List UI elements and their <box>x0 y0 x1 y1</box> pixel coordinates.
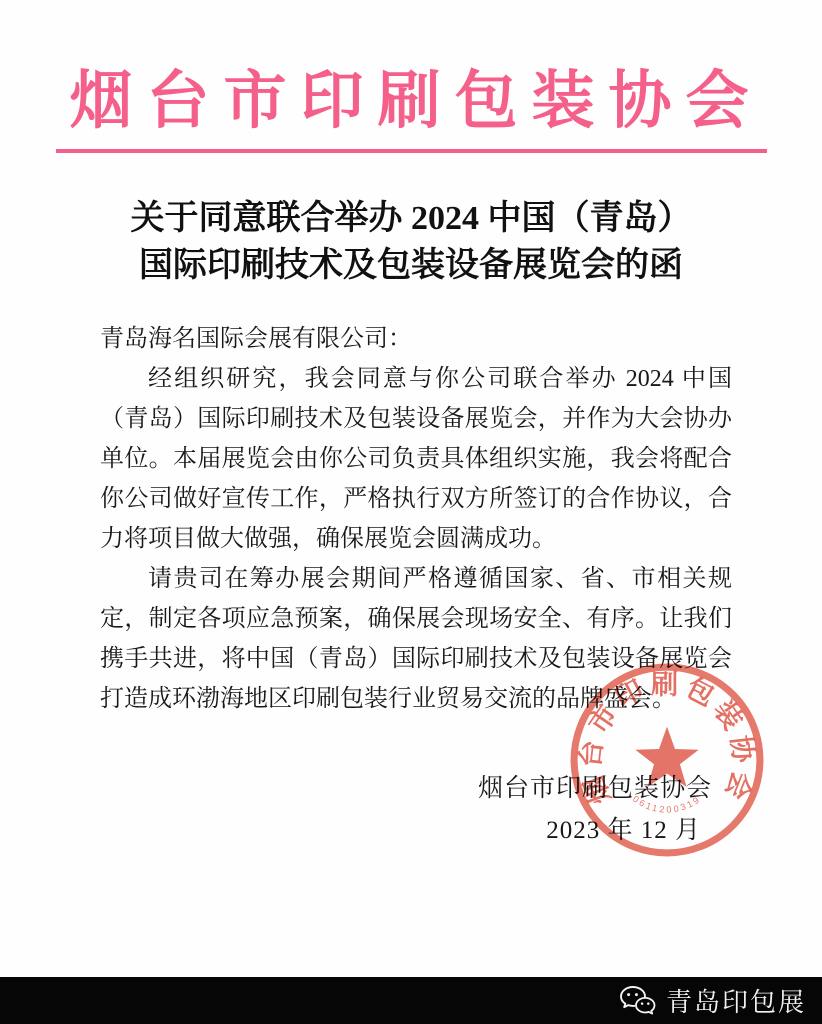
footer-brand-text: 青岛印包展 <box>666 982 806 1019</box>
wechat-icon <box>617 984 657 1018</box>
document-title-line2: 国际印刷技术及包装设备展览会的函 <box>0 242 822 289</box>
body-paragraph-2: 请贵司在筹办展会期间严格遵循国家、省、市相关规定，制定各项应急预案，确保展会现场… <box>100 559 732 719</box>
signature-org: 烟台市印刷包装协会 <box>478 768 712 804</box>
body-paragraph-1: 经组织研究，我会同意与你公司联合举办 2024 中国（青岛）国际印刷技术及包装设… <box>100 359 732 559</box>
signature-date: 2023 年 12 月 <box>546 810 701 846</box>
letter-body: 青岛海名国际会展有限公司： 经组织研究，我会同意与你公司联合举办 2024 中国… <box>100 319 732 719</box>
footer-brand: 青岛印包展 <box>617 977 806 1024</box>
salutation: 青岛海名国际会展有限公司： <box>100 319 732 359</box>
masthead: 烟台市印刷包装协会 <box>56 50 767 153</box>
document-title-line1: 关于同意联合举办 2024 中国（青岛） <box>0 195 822 242</box>
letter-page: 烟台市印刷包装协会 关于同意联合举办 2024 中国（青岛） 国际印刷技术及包装… <box>0 0 822 1024</box>
footer-bar: 青岛印包展 <box>0 977 822 1024</box>
document-title: 关于同意联合举办 2024 中国（青岛） 国际印刷技术及包装设备展览会的函 <box>0 195 822 289</box>
association-name-heading: 烟台市印刷包装协会 <box>56 50 767 153</box>
